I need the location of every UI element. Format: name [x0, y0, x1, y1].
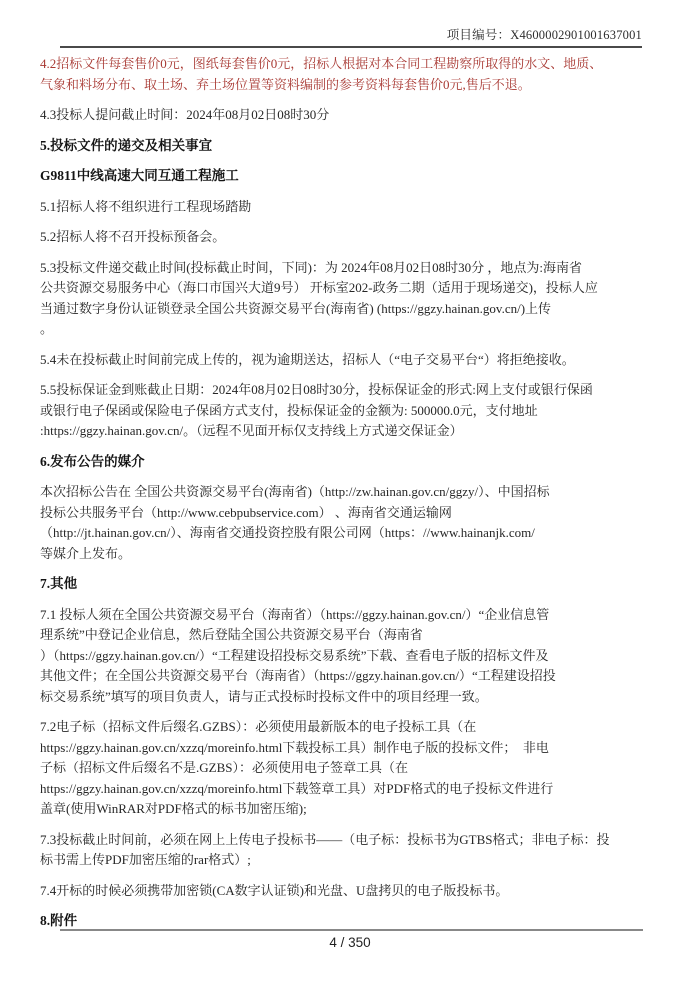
page-header: 项目编号：X4600002901001637001 — [0, 0, 700, 48]
clause-5-4: 5.4未在投标截止时间前完成上传的，视为逾期送达，招标人（“电子交易平台“）将拒… — [40, 350, 666, 371]
page-indicator: 4 / 350 — [0, 935, 700, 950]
heading-6: 6.发布公告的媒介 — [40, 452, 666, 473]
clause-5-1: 5.1招标人将不组织进行工程现场踏勘 — [40, 197, 666, 218]
clause-4-2: 4.2招标文件每套售价0元，图纸每套售价0元，招标人根据对本合同工程勘察所取得的… — [40, 54, 666, 95]
clause-5-3: 5.3投标文件递交截止时间(投标截止时间，下同)：为 2024年08月02日08… — [40, 258, 666, 340]
clause-7-2: 7.2电子标（招标文件后缀名.GZBS）：必须使用最新版本的电子投标工具（在 h… — [40, 717, 666, 820]
clause-6-body: 本次招标公告在 全国公共资源交易平台(海南省)（http://zw.hainan… — [40, 482, 666, 564]
clause-7-4: 7.4开标的时候必须携带加密锁(CA数字认证锁)和光盘、U盘拷贝的电子版投标书。 — [40, 881, 666, 902]
clause-7-1: 7.1 投标人须在全国公共资源交易平台（海南省）（https://ggzy.ha… — [40, 605, 666, 708]
footer-divider — [60, 929, 643, 931]
clause-4-3: 4.3投标人提问截止时间：2024年08月02日08时30分 — [40, 105, 666, 126]
project-name: G9811中线高速大同互通工程施工 — [40, 166, 666, 187]
heading-5: 5.投标文件的递交及相关事宜 — [40, 136, 666, 157]
heading-7: 7.其他 — [40, 574, 666, 595]
project-number: 项目编号：X4600002901001637001 — [60, 25, 642, 46]
page-footer: 4 / 350 — [0, 929, 700, 950]
clause-5-2: 5.2招标人将不召开投标预备会。 — [40, 227, 666, 248]
clause-5-5: 5.5投标保证金到账截止日期：2024年08月02日08时30分，投标保证金的形… — [40, 380, 666, 442]
document-body: 4.2招标文件每套售价0元，图纸每套售价0元，招标人根据对本合同工程勘察所取得的… — [0, 48, 700, 932]
clause-7-3: 7.3投标截止时间前，必须在网上上传电子投标书——（电子标：投标书为GTBS格式… — [40, 830, 666, 871]
